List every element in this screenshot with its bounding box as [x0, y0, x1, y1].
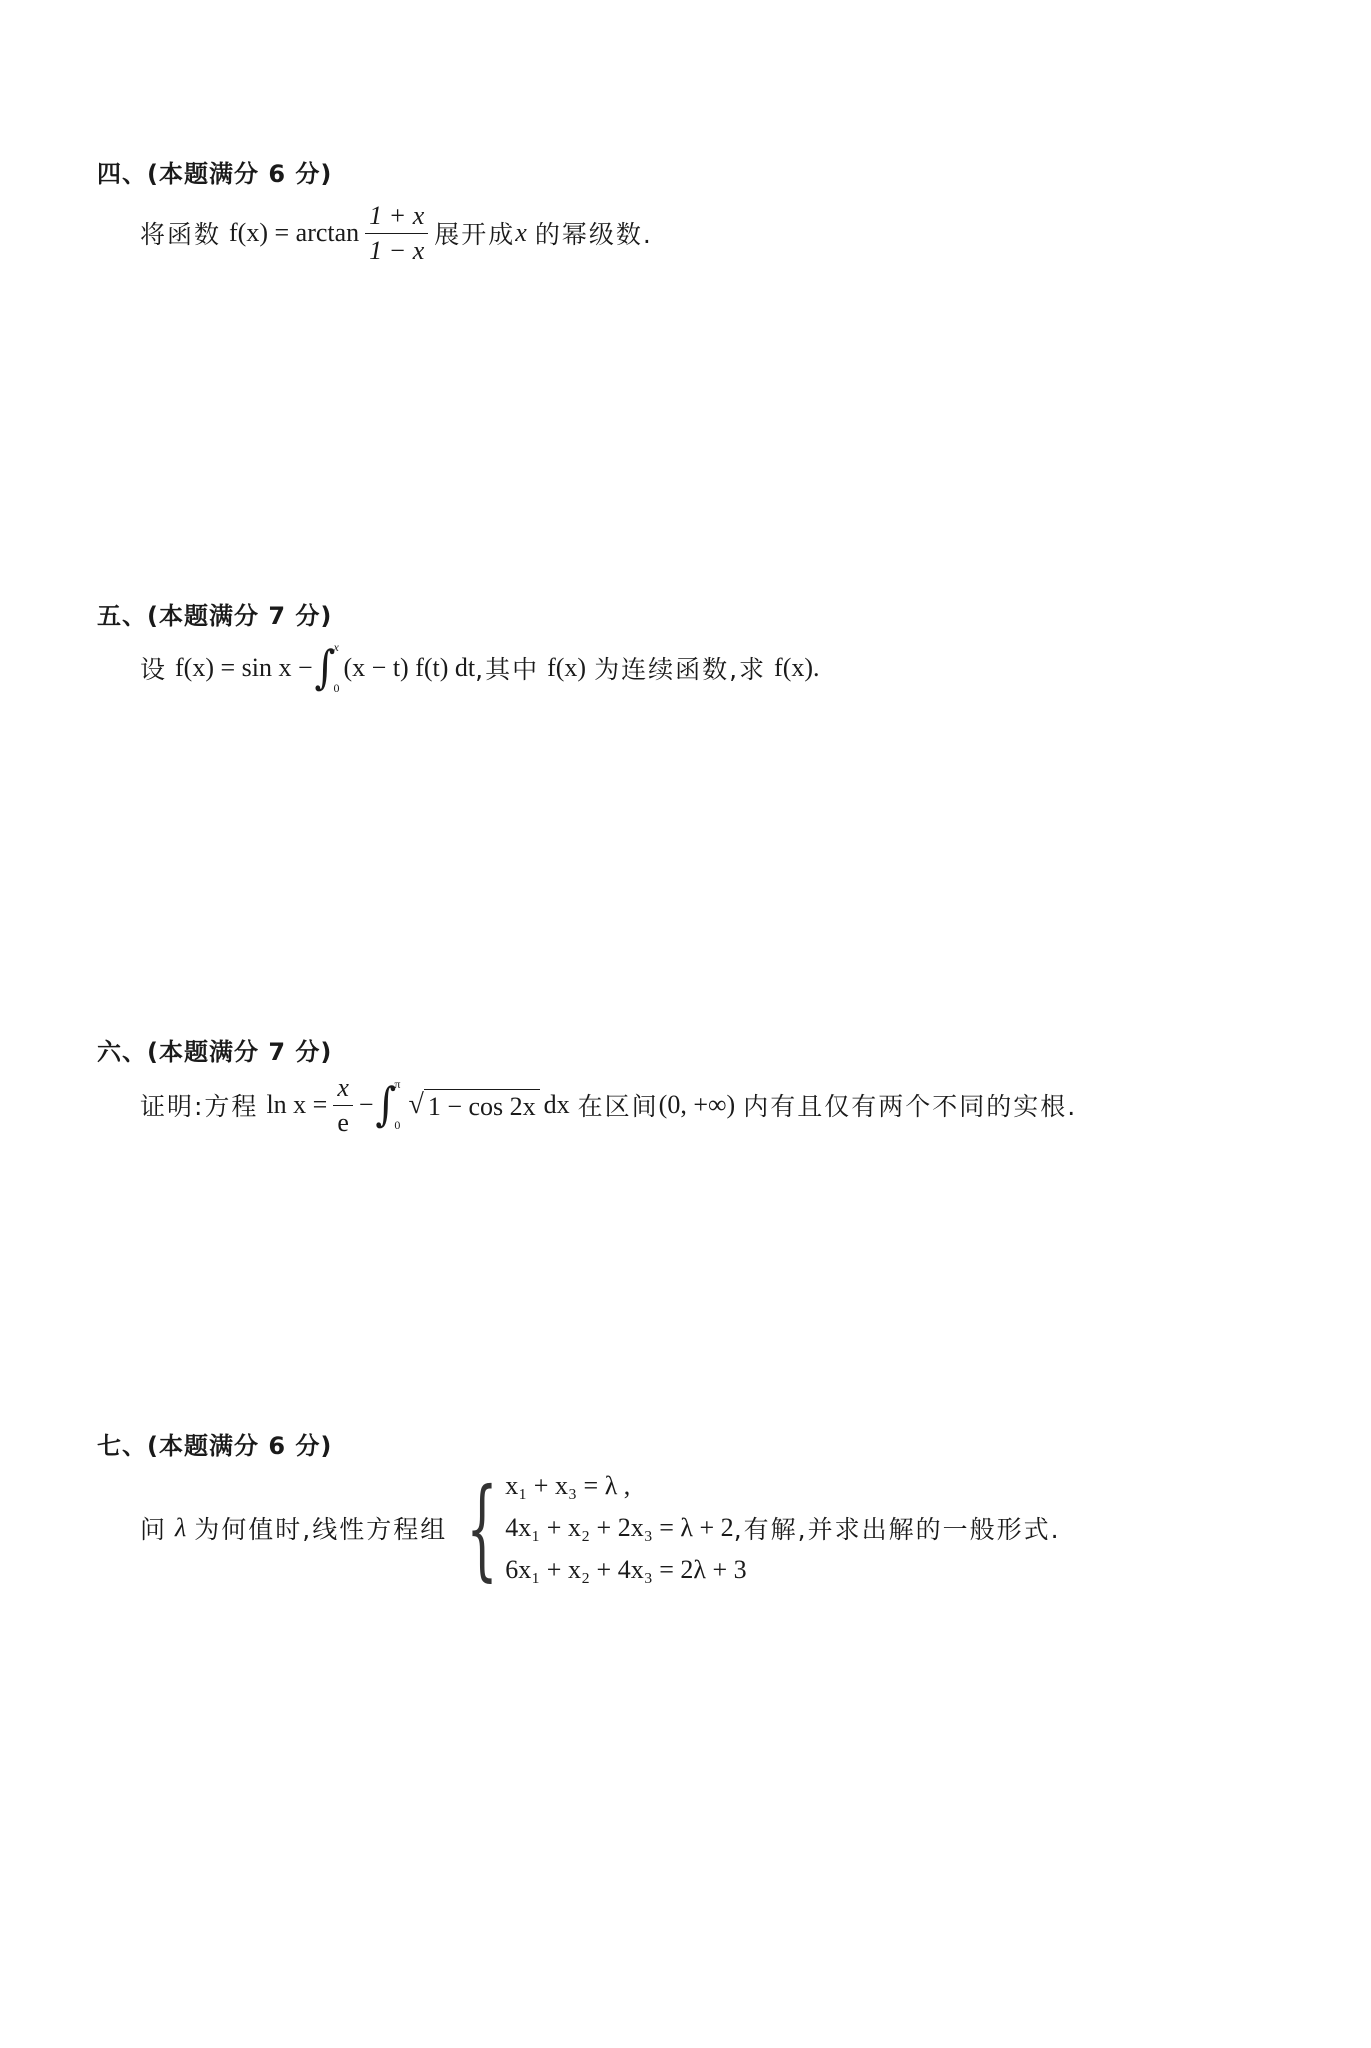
problem-6-lhs: ln x = [266, 1090, 327, 1120]
problem-5-fx: f(x) [547, 653, 586, 683]
sqrt-content: 1 − cos 2x [424, 1089, 540, 1122]
problem-5-suffix: ,其中 [475, 650, 539, 686]
problem-7-heading: 七、(本题满分 6 分) [97, 1426, 332, 1461]
integral-sign: ∫ x 0 [315, 640, 340, 696]
problem-7-prefix-1: 问 [140, 1510, 167, 1546]
equation-row: 4x₁ + x₂ + 2x₃ = λ + 2 ,有解,并求出解的一般形式. [505, 1510, 1060, 1546]
problem-6-dx: dx [544, 1090, 570, 1120]
integral-symbol-icon: ∫ [315, 645, 336, 691]
equation-row: x₁ + x₃ = λ , [505, 1468, 1060, 1504]
fraction-numerator: 1 + x [365, 201, 428, 234]
problem-6-fraction: x e [333, 1073, 353, 1138]
problem-5-integrand: (x − t) f(t) dt [344, 653, 476, 683]
fraction-denominator: 1 − x [365, 234, 428, 266]
problem-6-suffix-2: 内有且仅有两个不同的实根. [743, 1087, 1077, 1123]
problem-4-fraction: 1 + x 1 − x [365, 201, 428, 266]
equation-row: 6x₁ + x₂ + 4x₃ = 2λ + 3 [505, 1552, 1060, 1588]
integral-sign: ∫ π 0 [376, 1077, 401, 1133]
square-root: √ 1 − cos 2x [408, 1089, 539, 1122]
problem-7-suffix: ,有解,并求出解的一般形式. [734, 1510, 1061, 1546]
problem-4-suffix-2: 的幂级数. [535, 215, 653, 251]
problem-5-end: . [813, 653, 820, 683]
problem-6-prefix: 证明:方程 [140, 1087, 258, 1123]
problem-4-prefix: 将函数 [140, 215, 221, 251]
problem-4-heading: 四、(本题满分 6 分) [97, 154, 332, 189]
problem-4-suffix-1: 展开成 [434, 215, 515, 251]
problem-4-statement: 将函数 f(x) = arctan 1 + x 1 − x 展开成 x 的幂级数… [140, 200, 653, 266]
problem-5-statement: 设 f(x) = sin x − ∫ x 0 (x − t) f(t) dt ,… [140, 636, 820, 700]
fraction-denominator: e [333, 1106, 353, 1138]
fraction-numerator: x [333, 1073, 353, 1106]
problem-4-function: f(x) = arctan [229, 218, 359, 248]
equation-text: 4x₁ + x₂ + 2x₃ = λ + 2 [505, 1513, 733, 1543]
left-brace-icon: { [466, 1473, 498, 1583]
problem-4-var: x [515, 218, 527, 248]
problem-5-lhs: f(x) = sin x − [175, 653, 313, 683]
problem-6-interval: (0, +∞) [659, 1090, 736, 1120]
problem-6-minus: − [359, 1090, 374, 1120]
problem-5-prefix: 设 [140, 650, 167, 686]
problem-7-statement: 问 λ 为何值时,线性方程组 { x₁ + x₃ = λ , 4x₁ + x₂ … [140, 1466, 1061, 1590]
equation-system: { x₁ + x₃ = λ , 4x₁ + x₂ + 2x₃ = λ + 2 ,… [447, 1468, 1060, 1588]
radical-sign-icon: √ [408, 1089, 423, 1122]
problem-6-suffix-1: 在区间 [578, 1087, 659, 1123]
problem-5-mid: 为连续函数,求 [594, 650, 766, 686]
integral-symbol-icon: ∫ [376, 1082, 397, 1128]
problem-6-heading: 六、(本题满分 7 分) [97, 1032, 332, 1067]
problem-7-prefix-2: 为何值时,线性方程组 [194, 1510, 447, 1546]
problem-5-heading: 五、(本题满分 7 分) [97, 596, 332, 631]
problem-6-statement: 证明:方程 ln x = x e − ∫ π 0 √ 1 − cos 2x dx… [140, 1072, 1077, 1138]
problem-5-fx2: f(x) [774, 653, 813, 683]
problem-7-lambda: λ [175, 1513, 186, 1543]
